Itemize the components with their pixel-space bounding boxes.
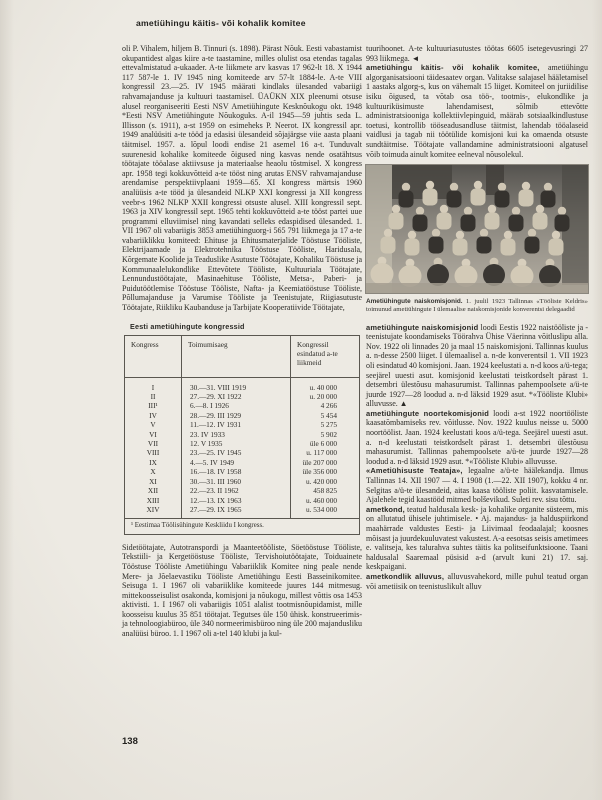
scanned-encyclopedia-page: { "page": { "header": "ametiühingu käiti… xyxy=(0,0,602,800)
table-row: XIV27.—29. IX 1965u. 534 000 xyxy=(125,505,360,519)
table-row: XI30.—31. III 1960u. 420 000 xyxy=(125,477,360,486)
entry-term: ametiühingu käitis- või kohalik komitee, xyxy=(366,63,540,72)
table-row: VI23. IV 19335 902 xyxy=(125,430,360,439)
article-end-paragraph: tuurihoonet. A-te kultuuriasutustes tööt… xyxy=(366,44,588,63)
table-row: V11.—12. IV 19315 275 xyxy=(125,420,360,429)
table-row: VIII23.—25. IV 1945u. 117 000 xyxy=(125,448,360,457)
table-row: I30.—31. VIII 1919u. 40 000 xyxy=(125,377,360,392)
photo-caption: Ametiühingute naiskomisjonid. 1. juulil … xyxy=(366,298,588,314)
table-row: II27.—29. XI 1922u. 20 000 xyxy=(125,392,360,401)
entry-term: ametiühingute naiskomisjonid xyxy=(366,323,478,332)
entry-naiskomisjonid: ametiühingute naiskomisjonid loodi Eesti… xyxy=(366,323,588,409)
table-row: IX4.—5. IV 1949üle 207 000 xyxy=(125,458,360,467)
entry-noortekomisjonid: ametiühingute noortekomisjonid loodi a-s… xyxy=(366,409,588,467)
entry-term: ametkond, xyxy=(366,505,405,514)
page-number: 138 xyxy=(122,736,138,747)
col-header-toimumisaeg: Toimumisaeg xyxy=(182,335,291,377)
entry-body: ametiühingu algorganisatsiooni täidesaat… xyxy=(366,63,588,158)
congress-table-block: Eesti ametiühingute kongressid Kongress … xyxy=(124,322,360,535)
photo-caption-lead: Ametiühingute naiskomisjonid. xyxy=(366,298,463,305)
entry-term: ametiühingute noortekomisjonid xyxy=(366,409,489,418)
entry-body: loodi Eestis 1922 naistööliste ja -teeni… xyxy=(366,323,588,409)
photo-block: Ametiühingute naiskomisjonid. 1. juulil … xyxy=(366,165,588,314)
table-row: X16.—18. IV 1958üle 356 000 xyxy=(125,467,360,476)
table-footnote-row: ¹ Eestimaa Töölisühingute Keskliidu I ko… xyxy=(125,519,360,534)
table-row: VII12. V 1935üle 6 000 xyxy=(125,439,360,448)
entry-term: ametkondlik alluvus, xyxy=(366,572,444,581)
entry-ametkond: ametkond, teatud haldusala kesk- ja koha… xyxy=(366,505,588,572)
left-paragraph-continued: oli P. Vihalem, hiljem B. Tinnuri (s. 18… xyxy=(122,44,362,313)
table-row: IV28.—29. III 19295 454 xyxy=(125,411,360,420)
table-row: III¹6.—8. I 19264 266 xyxy=(125,401,360,410)
entry-term: «Ametiühisuste Teataja», xyxy=(366,466,463,475)
entry-body: teatud haldusala kesk- ja kohalike organ… xyxy=(366,505,588,572)
entry-ametiuhisuste-teataja: «Ametiühisuste Teataja», legaalne a/ü-te… xyxy=(366,466,588,504)
entry-kaitis-komitee: ametiühingu käitis- või kohalik komitee,… xyxy=(366,63,588,159)
table-header-row: Kongress Toimumisaeg Kongressil esindatu… xyxy=(125,335,360,377)
col-header-liikmeid: Kongressil esindatud a-te liikmeid xyxy=(291,335,360,377)
left-column: oli P. Vihalem, hiljem B. Tinnuri (s. 18… xyxy=(122,44,362,639)
congress-table-title: Eesti ametiühingute kongressid xyxy=(130,322,360,331)
table-footnote: ¹ Eestimaa Töölisühingute Keskliidu I ko… xyxy=(125,519,360,534)
congress-table: Kongress Toimumisaeg Kongressil esindatu… xyxy=(124,335,360,535)
table-row: XIII12.—13. IX 1963u. 460 000 xyxy=(125,496,360,505)
running-head: ametiühingu käitis- või kohalik komitee xyxy=(136,18,306,28)
left-paragraph-continuation: Sidetöötajate, Autotranspordi ja Maantee… xyxy=(122,543,362,639)
right-column: tuurihoonet. A-te kultuuriasutustes tööt… xyxy=(366,44,588,591)
table-row: XII22.—23. II 1962458 825 xyxy=(125,486,360,495)
col-header-kongress: Kongress xyxy=(125,335,182,377)
entry-ametkondlik-alluvus: ametkondlik alluvus, alluvusvahekord, mi… xyxy=(366,572,588,591)
group-photo-naiskomisjonid xyxy=(366,165,588,293)
